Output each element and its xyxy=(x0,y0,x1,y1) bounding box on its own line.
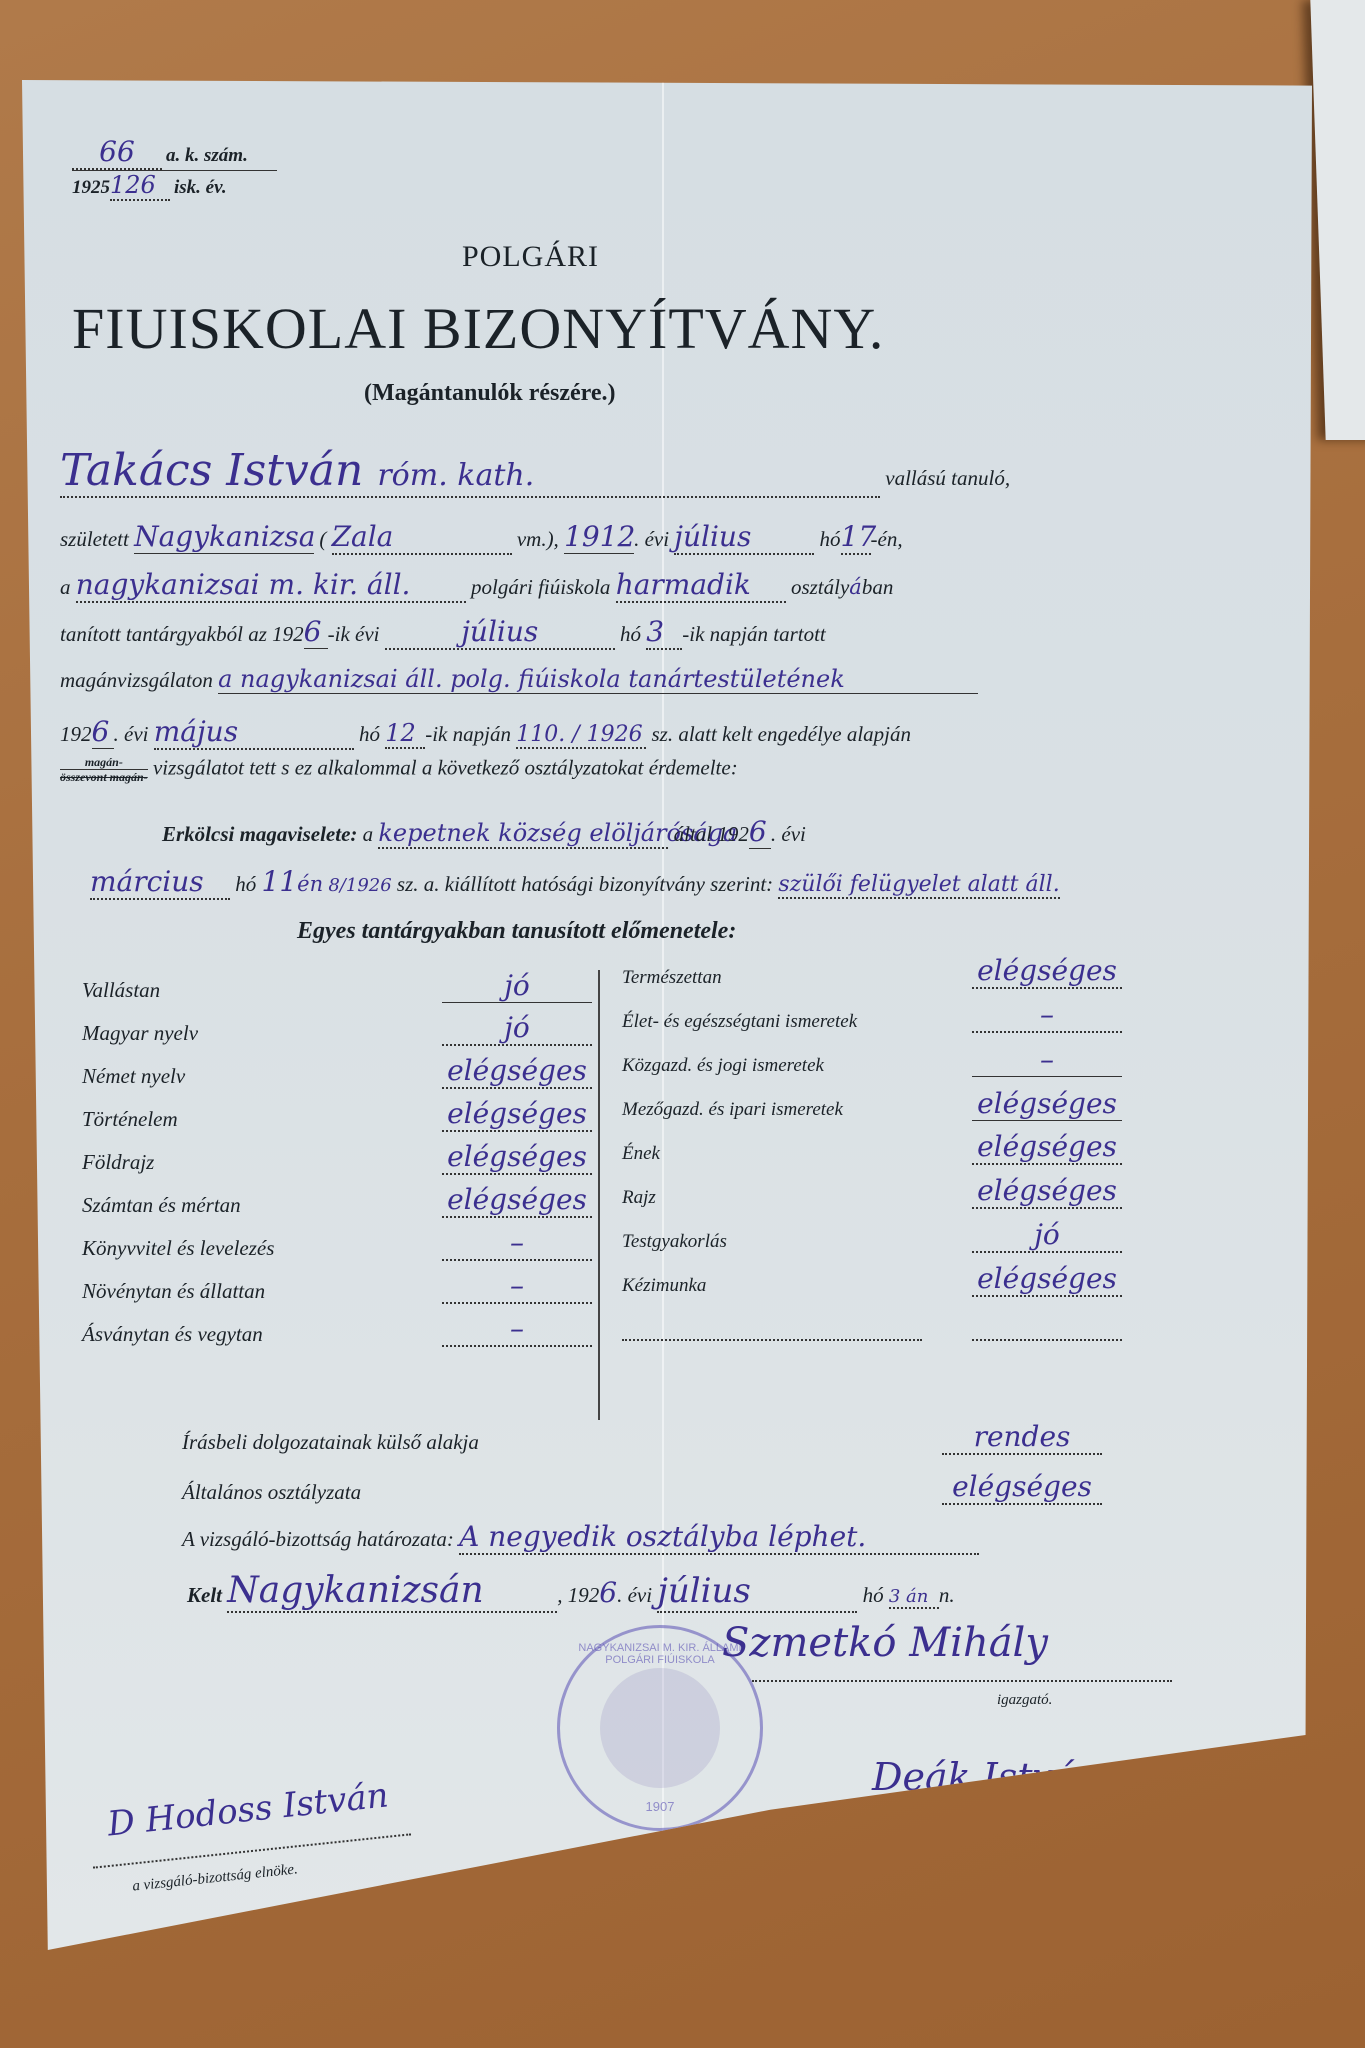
register-number: 66 a. k. szám. xyxy=(72,135,248,170)
grade-subject: Növénytan és állattan xyxy=(82,1279,265,1304)
exam-type-struck: összevont magán- xyxy=(60,770,148,784)
conduct-ref-number: 8/1926 xyxy=(328,875,391,896)
grade-subject: Történelem xyxy=(82,1107,178,1132)
grade-subject: Élet- és egészségtani ismeretek xyxy=(622,1011,857,1033)
birth-year: 1912 xyxy=(564,520,634,554)
grade-value: – xyxy=(442,1312,592,1347)
general-grade-label: Általános osztályzata xyxy=(182,1480,361,1505)
exam-type-options: magán- összevont magán- xyxy=(60,755,148,784)
grade-row: Ének elégséges xyxy=(622,1121,1122,1165)
grade-subject: Mezőgazd. és ipari ismeretek xyxy=(622,1099,843,1121)
grades-column-divider xyxy=(598,970,600,1420)
decision-value: A negyedik osztályba léphet. xyxy=(459,1520,979,1555)
grade-row: Ásványtan és vegytan – xyxy=(82,1304,592,1347)
dated-n-label: n. xyxy=(939,1583,955,1607)
permit-line: 1926. évi május hó 12-ik napján 110. / 1… xyxy=(60,715,911,750)
grade-row: Történelem elégséges xyxy=(82,1089,592,1132)
conduct-ho-label: hó xyxy=(235,872,256,896)
exam-type-kept: magán- xyxy=(60,755,148,770)
grade-row: Testgyakorlás jó xyxy=(622,1209,1122,1253)
director-signature-line xyxy=(752,1680,1172,1682)
director-label: igazgató. xyxy=(997,1692,1052,1709)
born-label: született xyxy=(60,527,129,551)
evi-label: . évi xyxy=(634,527,669,551)
grade-value: elégséges xyxy=(442,1097,592,1132)
grade-value: elégséges xyxy=(972,1130,1122,1165)
exam-authority: a nagykanizsai áll. polg. fiúiskola taná… xyxy=(218,665,978,694)
exam-ho-label: hó xyxy=(620,622,641,646)
grades-left-column: Vallástan jó Magyar nyelv jó Német nyelv… xyxy=(82,960,592,1347)
grade-value: – xyxy=(442,1226,592,1261)
general-grade-value: elégséges xyxy=(942,1470,1102,1505)
birth-line: született Nagykanizsa ( Zala vm.), 1912.… xyxy=(60,520,903,555)
grade-row: Számtan és mértan elégséges xyxy=(82,1175,592,1218)
blank-grade-line xyxy=(972,1339,1122,1341)
grade-subject: Ének xyxy=(622,1143,660,1165)
exam-year-digit: 6 xyxy=(304,615,328,649)
conduct-line: Erkölcsi magaviselete: a kepetnek község… xyxy=(162,815,806,849)
grade-value: elégséges xyxy=(972,1174,1122,1209)
grade-value: – xyxy=(442,1269,592,1304)
birthplace: Nagykanizsa xyxy=(134,520,314,554)
grade-row: Magyar nyelv jó xyxy=(82,1003,592,1046)
county: Zala xyxy=(332,520,512,555)
grade-subject: Vallástan xyxy=(82,978,160,1003)
conduct-evi-label: . évi xyxy=(771,822,806,846)
taught-label: tanított tantárgyakból az 192 xyxy=(60,622,304,646)
permit-ho-label: hó xyxy=(359,722,380,746)
grade-subject: Testgyakorlás xyxy=(622,1231,727,1253)
stamp-year: 1907 xyxy=(560,1799,760,1814)
grades-section-title: Egyes tantárgyakban tanusított előmenete… xyxy=(297,918,736,945)
grade-row: Földrajz elégséges xyxy=(82,1132,592,1175)
register-number-label: a. k. szám. xyxy=(166,145,248,166)
grade-value: elégséges xyxy=(972,1087,1122,1121)
authority-line: magánvizsgálaton a nagykanizsai áll. pol… xyxy=(60,665,978,694)
conduct-day: 11 xyxy=(262,865,298,898)
school-year: 1925126 isk. év. xyxy=(72,170,277,201)
dated-ho-label: hó xyxy=(863,1583,884,1607)
permit-month: május xyxy=(154,715,354,750)
conduct-day-suffix: én xyxy=(297,872,323,896)
grade-row: Német nyelv elégséges xyxy=(82,1046,592,1089)
grade-value: elégséges xyxy=(442,1054,592,1089)
chair-signature: D Hodoss István xyxy=(106,1775,391,1844)
grade-row: Vallástan jó xyxy=(82,960,592,1003)
dated-evi-label: . évi xyxy=(617,1583,652,1607)
director-signature: Szmetkó Mihály xyxy=(722,1620,1048,1666)
student-name-field: Takács István róm. kath. xyxy=(60,445,880,498)
conduct-year-digit: 6 xyxy=(749,815,771,849)
grade-value: elégséges xyxy=(972,1262,1122,1297)
grade-row-blank xyxy=(622,1297,1122,1341)
dated-place: Nagykanizsán xyxy=(227,1570,557,1613)
conduct-label: Erkölcsi magaviselete: xyxy=(162,822,357,846)
written-work-row: Írásbeli dolgozatainak külső alakja rend… xyxy=(182,1420,1102,1455)
permit-year-digit: 6 xyxy=(92,715,114,749)
birth-day: 17 xyxy=(841,520,871,555)
a-label: a xyxy=(60,575,71,599)
grade-value: – xyxy=(972,998,1122,1033)
title-main: FIUISKOLAI BIZONYÍTVÁNY. xyxy=(72,295,884,362)
grade-row: Könyvvitel és levelezés – xyxy=(82,1218,592,1261)
grade-subject: Könyvvitel és levelezés xyxy=(82,1236,274,1261)
grade-value: jó xyxy=(442,1011,592,1046)
grade-subject: Közgazd. és jogi ismeretek xyxy=(622,1055,824,1077)
class-label: osztály xyxy=(791,575,849,599)
grade-row: Növénytan és állattan – xyxy=(82,1261,592,1304)
school-year-label: isk. év. xyxy=(174,177,227,198)
birth-month: július xyxy=(674,520,814,555)
ban-label: ban xyxy=(862,575,894,599)
grade-subject: Földrajz xyxy=(82,1150,154,1175)
dated-year-digit: 6 xyxy=(599,1576,617,1609)
conduct-altal-label: által 192 xyxy=(674,822,749,846)
grade-subject: Német nyelv xyxy=(82,1064,185,1089)
exam-napjan-label: -ik napján tartott xyxy=(682,622,826,646)
title-subtitle: (Magántanulók részére.) xyxy=(364,380,616,407)
dated-year-prefix: , 192 xyxy=(557,1583,599,1607)
stamp-emblem xyxy=(600,1668,720,1788)
grade-row: Kézimunka elégséges xyxy=(622,1253,1122,1297)
school-year-value: 126 xyxy=(110,171,170,201)
written-work-value: rendes xyxy=(942,1420,1102,1455)
exam-day: 3 xyxy=(646,615,682,650)
conduct-ref-suffix: sz. a. kiállított hatósági bizonyítvány … xyxy=(397,872,773,896)
conduct-result: szülői felügyelet alatt áll. xyxy=(778,872,1059,899)
conduct-a-label: a xyxy=(363,822,374,846)
ho-label: hó xyxy=(820,527,841,551)
general-grade-row: Általános osztályzata elégséges xyxy=(182,1470,1102,1505)
grade-subject: Magyar nyelv xyxy=(82,1021,198,1046)
student-religion: róm. kath. xyxy=(377,458,534,493)
grade-value: elégséges xyxy=(442,1183,592,1218)
class-suffix: á xyxy=(849,575,862,599)
grades-right-column: Természettan elégséges Élet- és egészség… xyxy=(622,945,1122,1341)
grade-subject: Kézimunka xyxy=(622,1275,706,1297)
conduct-month: március xyxy=(90,865,230,900)
exam-month: július xyxy=(385,615,615,650)
dated-row: Kelt Nagykanizsán, 1926. évi július hó 3… xyxy=(187,1570,955,1613)
written-work-label: Írásbeli dolgozatainak külső alakja xyxy=(182,1430,479,1455)
permit-day: 12 xyxy=(385,719,425,749)
conduct-line-2: március hó 11én 8/1926 sz. a. kiállított… xyxy=(90,865,1060,900)
grade-row: Közgazd. és jogi ismeretek – xyxy=(622,1033,1122,1077)
grade-value: – xyxy=(972,1043,1122,1077)
religion-label: vallású tanuló, xyxy=(885,466,1010,490)
dated-day: 3 án xyxy=(889,1586,939,1609)
grade-value: jó xyxy=(442,969,592,1003)
class-teacher-signature-line xyxy=(812,1815,1172,1817)
permit-number: 110. / 1926 xyxy=(516,722,646,749)
grade-subject: Számtan és mértan xyxy=(82,1193,241,1218)
conduct-issuer: kepetnek község elöljárósága xyxy=(378,819,668,849)
school-line: a nagykanizsai m. kir. áll. polgári fiúi… xyxy=(60,568,893,603)
school-type-label: polgári fiúiskola xyxy=(471,575,610,599)
permit-suffix: sz. alatt kelt engedélye alapján xyxy=(651,722,911,746)
grade-row: Élet- és egészségtani ismeretek – xyxy=(622,989,1122,1033)
county-label: vm.), xyxy=(517,527,559,551)
grade-subject: Ásványtan és vegytan xyxy=(82,1322,263,1347)
kelt-label: Kelt xyxy=(187,1583,222,1607)
decision-label: A vizsgáló-bizottság határozata: xyxy=(182,1527,454,1551)
certificate-paper: 66 a. k. szám. 1925126 isk. év. POLGÁRI … xyxy=(22,80,1312,1950)
permit-napjan-label: -ik napján xyxy=(425,722,511,746)
grade-value: jó xyxy=(972,1218,1122,1253)
student-line: Takács István róm. kath. vallású tanuló, xyxy=(60,445,1010,498)
decision-row: A vizsgáló-bizottság határozata: A negye… xyxy=(182,1520,979,1555)
private-exam-label: magánvizsgálaton xyxy=(60,668,213,692)
grade-row: Természettan elégséges xyxy=(622,945,1122,989)
permit-evi-label: . évi xyxy=(114,722,149,746)
class-teacher-signature: Deák István xyxy=(872,1755,1101,1799)
student-name: Takács István xyxy=(60,445,363,496)
title-polgari: POLGÁRI xyxy=(462,240,599,274)
grade-row: Mezőgazd. és ipari ismeretek elégséges xyxy=(622,1077,1122,1121)
exam-date-line: tanított tantárgyakból az 1926-ik évi jú… xyxy=(60,615,826,650)
en-label: -én, xyxy=(871,527,903,551)
blank-subject-line xyxy=(622,1339,922,1341)
result-sentence: vizsgálatot tett s ez alkalommal a követ… xyxy=(153,755,738,779)
permit-year-prefix: 192 xyxy=(60,722,92,746)
grade-subject: Természettan xyxy=(622,967,722,989)
dated-month: július xyxy=(657,1571,857,1613)
adjacent-document-edge xyxy=(1310,0,1365,440)
class-value: harmadik xyxy=(616,568,786,603)
grade-value: elégséges xyxy=(972,954,1122,989)
grade-subject: Rajz xyxy=(622,1187,656,1209)
school-year-prefix: 1925 xyxy=(72,177,110,198)
register-number-value: 66 xyxy=(72,135,162,170)
chair-label: a vizsgáló-bizottság elnöke. xyxy=(132,1861,299,1895)
ik-evi-label: -ik évi xyxy=(328,622,380,646)
exam-type-line: magán- összevont magán- vizsgálatot tett… xyxy=(60,755,738,784)
grade-value: elégséges xyxy=(442,1140,592,1175)
school-name: nagykanizsai m. kir. áll. xyxy=(76,568,466,603)
grade-row: Rajz elégséges xyxy=(622,1165,1122,1209)
class-teacher-label: osztályfőnök. xyxy=(977,1828,1056,1845)
